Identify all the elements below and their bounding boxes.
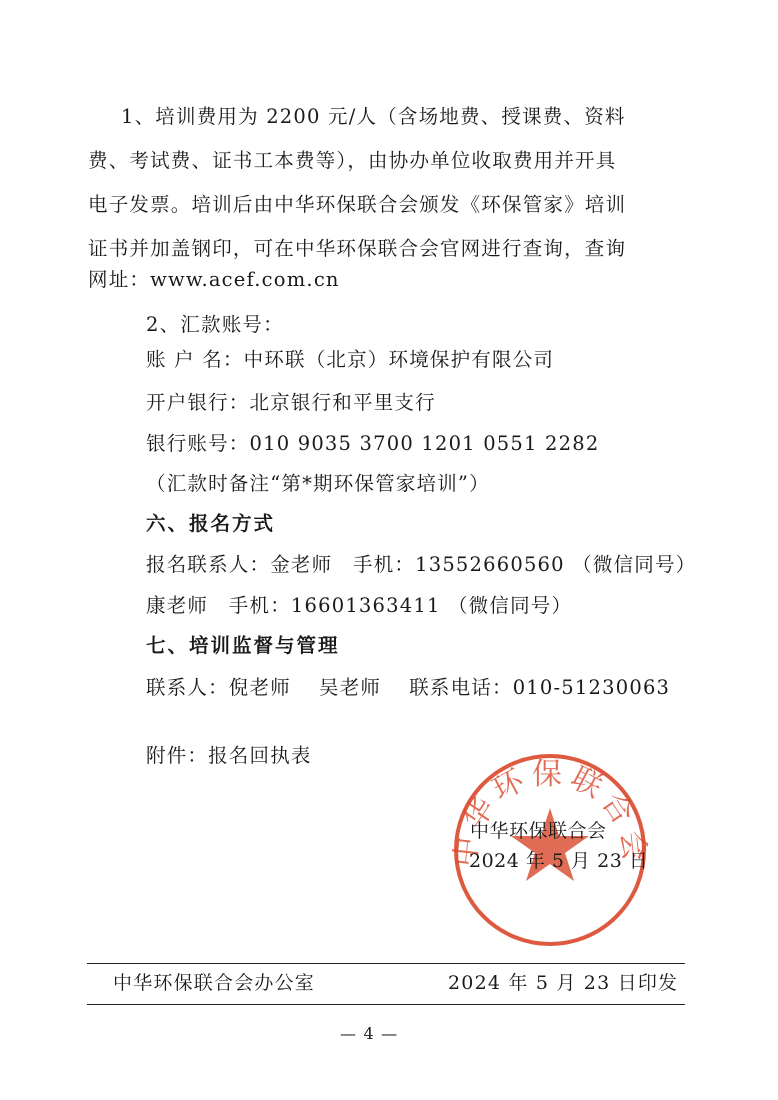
footer-top-rule xyxy=(87,963,685,964)
payment-title: 2、汇款账号： xyxy=(146,315,284,335)
page-number: — 4 — xyxy=(340,1026,398,1042)
fee-paragraph-line-1: 1、培训费用为 2200 元/人（含场地费、授课费、资料 xyxy=(121,107,626,127)
section-6-heading: 六、报名方式 xyxy=(146,514,275,534)
remittance-note: （汇款时备注“第*期环保管家培训”） xyxy=(146,474,490,494)
section-7-heading: 七、培训监督与管理 xyxy=(146,636,340,656)
footer-issuer: 中华环保联合会办公室 xyxy=(113,974,315,993)
attachment-note: 附件：报名回执表 xyxy=(146,746,312,766)
supervision-contact: 联系人：倪老师 吴老师 联系电话：010-51230063 xyxy=(146,678,670,698)
fee-paragraph-line-2: 费、考试费、证书工本费等），由协办单位收取费用并开具 xyxy=(88,151,616,171)
registration-contact-2: 康老师 手机：16601363411 （微信同号） xyxy=(146,596,572,616)
account-name: 账 户 名：中环联（北京）环境保护有限公司 xyxy=(146,350,554,370)
bank-name: 开户银行：北京银行和平里支行 xyxy=(146,393,436,413)
account-number: 银行账号：010 9035 3700 1201 0551 2282 xyxy=(146,434,599,454)
signature-date: 2024 年 5 月 23 日 xyxy=(469,852,648,871)
fee-paragraph-line-5: 网址：www.acef.com.cn xyxy=(88,270,340,290)
footer-bottom-rule xyxy=(87,1004,685,1005)
signature-organization: 中华环保联合会 xyxy=(470,822,607,841)
fee-paragraph-line-3: 电子发票。培训后由中华环保联合会颁发《环保管家》培训 xyxy=(88,195,626,215)
fee-paragraph-line-4: 证书并加盖钢印，可在中华环保联合会官网进行查询，查询 xyxy=(88,239,626,259)
footer-issue-date: 2024 年 5 月 23 日印发 xyxy=(448,974,678,993)
registration-contact-1: 报名联系人：金老师 手机：13552660560 （微信同号） xyxy=(146,555,696,575)
